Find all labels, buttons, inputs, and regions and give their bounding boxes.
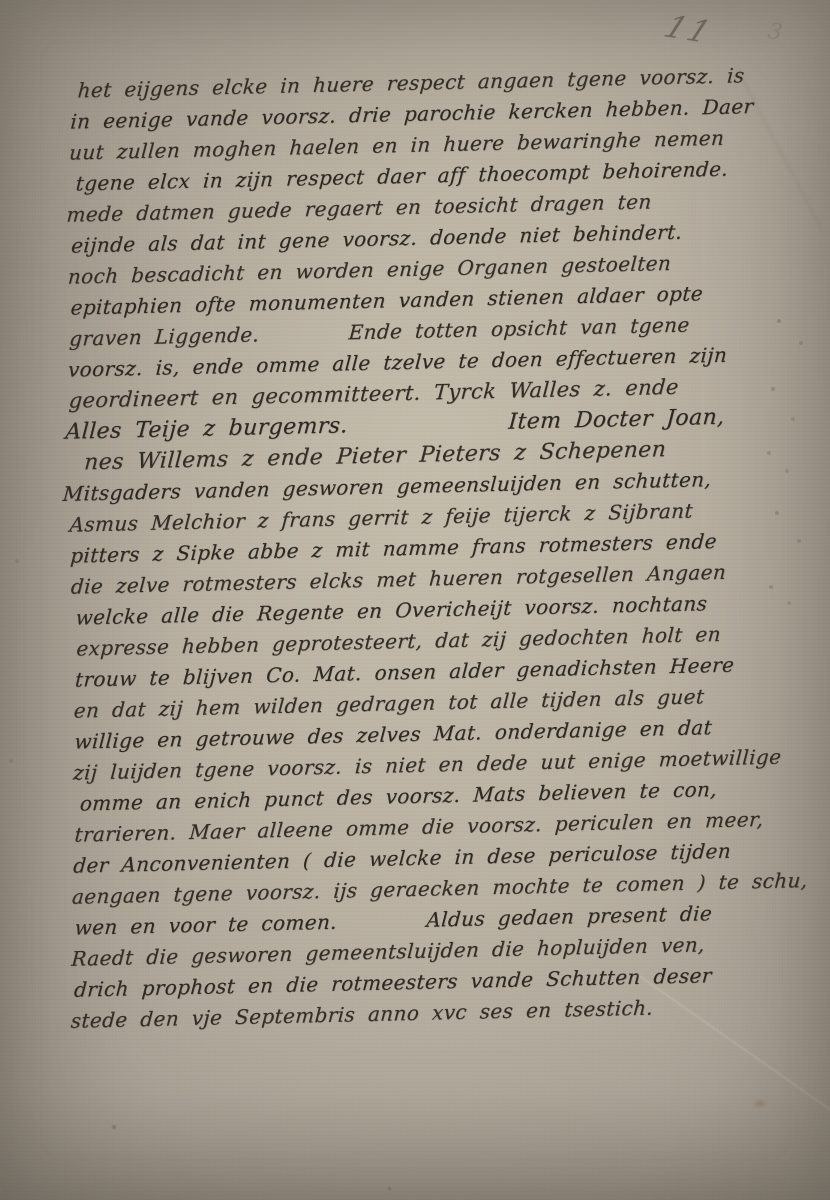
faint-page-mark: 3 [766,19,784,46]
manuscript-photo: 11 3 het eijgens elcke in huere respect … [0,0,830,1200]
foxing-spot [111,1124,117,1130]
foxing-spot [387,1186,392,1191]
foxing-spot [752,1098,768,1109]
handwritten-text-block: het eijgens elcke in huere respect angae… [50,59,830,1037]
folio-number: 11 [659,9,718,50]
ink-bleedthrough-specks [0,0,2,2]
